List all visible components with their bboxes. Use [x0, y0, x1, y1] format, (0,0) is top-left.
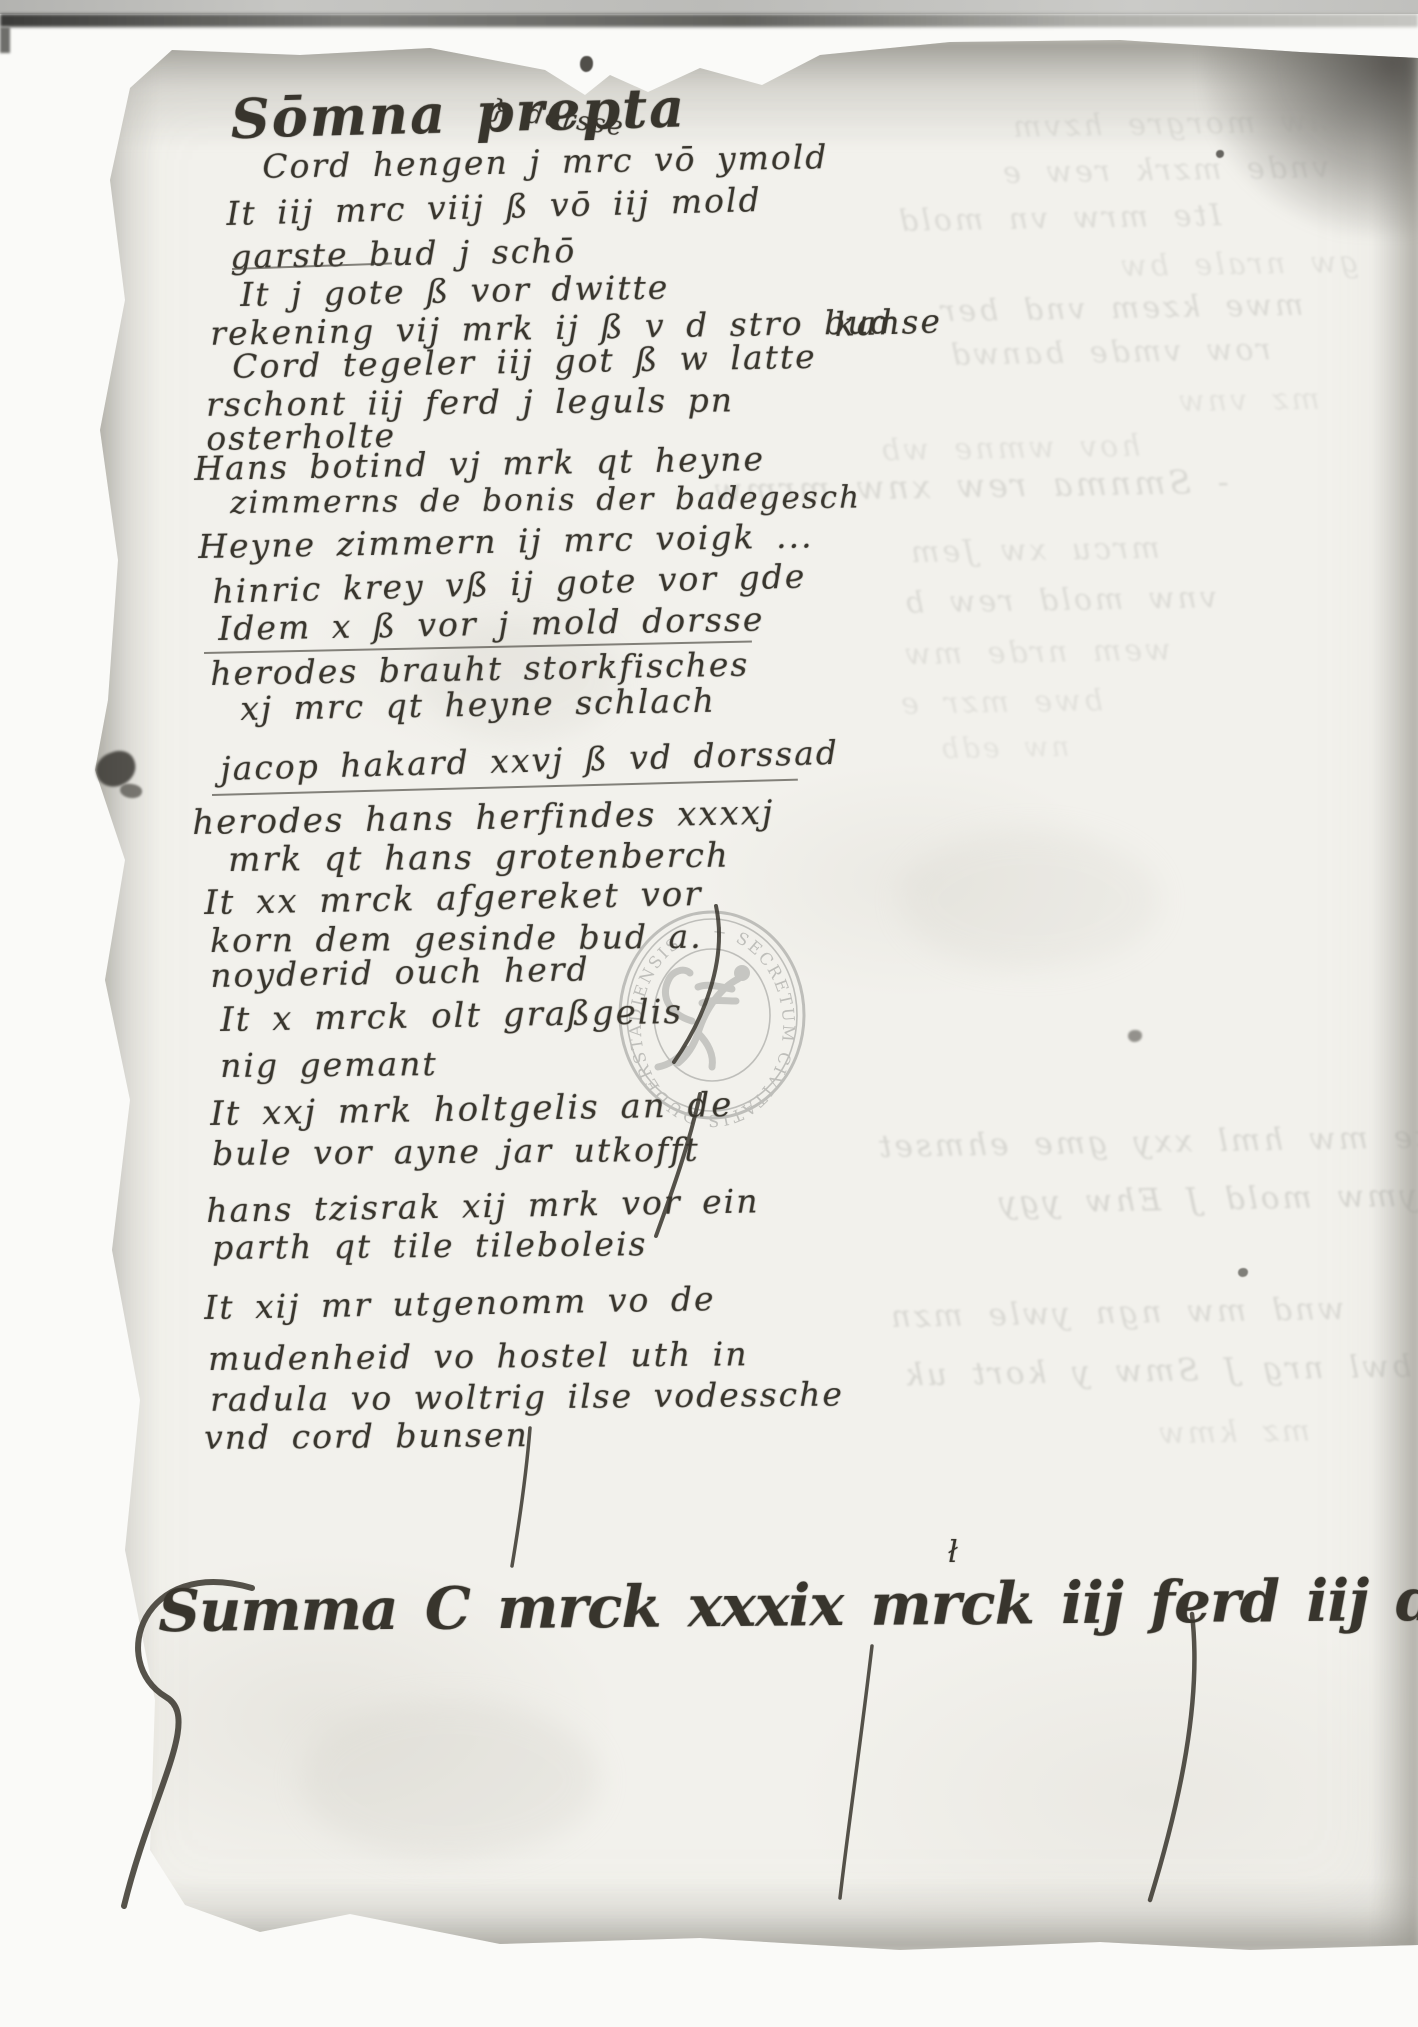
paper-stain [300, 1700, 600, 1860]
page-edge-shading-bottom [88, 1880, 1418, 1950]
page-edge-shading-left [88, 40, 158, 1950]
city-seal-stamp: + SECRETUM CIVITATIS DUDERSTADIENSIS [597, 890, 827, 1140]
ink-blot [580, 56, 593, 72]
page-corner-stain [1203, 40, 1418, 235]
lion-rampant-icon [658, 965, 750, 1067]
scanner-top-band [0, 0, 1418, 14]
page-edge-shading-right [1372, 40, 1418, 1950]
seal-legend: + SECRETUM CIVITATIS DUDERSTADIENSIS [626, 922, 799, 1130]
manuscript-scan-screenshot: + SECRETUM CIVITATIS DUDERSTADIENSIS nw … [0, 0, 1418, 2027]
paper-stain [420, 620, 620, 740]
scanner-rule-line [0, 14, 1418, 27]
paper-stain [900, 830, 1160, 970]
scanner-edge-mark [0, 27, 10, 53]
